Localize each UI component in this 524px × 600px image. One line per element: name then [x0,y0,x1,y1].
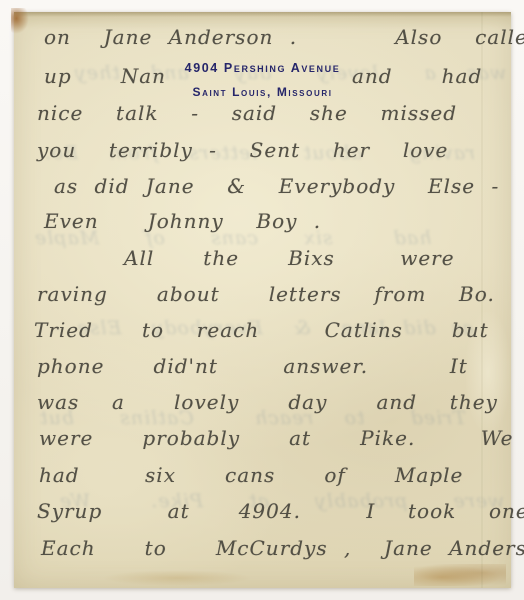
handwritten-line: nice talk - said she missed [37,101,457,125]
handwritten-line: Tried to reach Catlins but [34,318,489,342]
handwritten-line: was a lovely day and they [37,390,498,414]
paper-top-edge-shadow [14,12,511,17]
bottom-left-stain [102,570,252,586]
handwritten-line: as did Jane & Everybody Else - [54,174,499,198]
letter-paper: was a lovely day and they raving about l… [14,12,511,588]
handwritten-line: you terribly - Sent her love [37,138,448,162]
scan-background: was a lovely day and they raving about l… [0,0,524,600]
bottom-right-stain [414,564,506,586]
handwritten-line: All the Bixs were [124,246,455,270]
handwritten-line: on Jane Anderson . Also called [44,25,524,49]
handwritten-line: had six cans of Maple [39,463,463,487]
handwritten-line: phone did'nt answer. It [37,354,468,378]
handwritten-line: were probably at Pike. We [39,426,514,450]
handwritten-line: Each to McCurdys , Jane Andersn [41,536,524,560]
corner-stain [11,8,29,34]
handwritten-line: and had [352,64,482,88]
handwritten-line: up Nan [44,64,166,88]
handwritten-line: raving about letters from Bo. [37,282,495,306]
handwritten-line: Syrup at 4904. I took one [37,499,524,523]
handwritten-line: Even Johnny Boy . [44,209,321,233]
